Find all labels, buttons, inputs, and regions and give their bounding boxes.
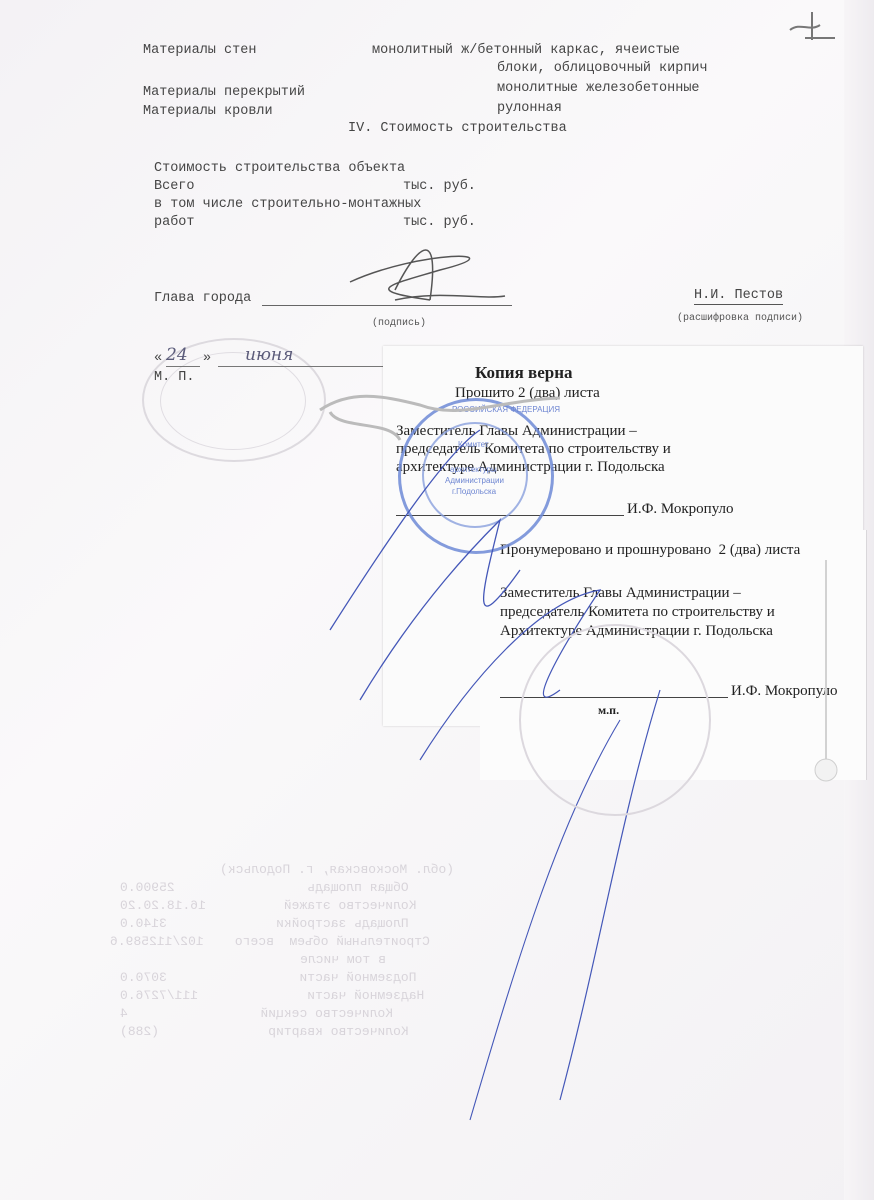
committee-stamp-inner bbox=[422, 422, 528, 528]
bleed-line: в том числе bbox=[300, 952, 386, 967]
signer-name: Н.И. Пестов bbox=[694, 287, 783, 305]
stamp-center-3: Администрации bbox=[445, 476, 504, 485]
cost-total-label: Всего bbox=[154, 178, 195, 195]
stamp-center-1: Комитет bbox=[458, 440, 489, 449]
date-month: июня bbox=[245, 345, 293, 365]
walls-value: монолитный ж/бетонный каркас, ячеистые bbox=[372, 42, 680, 59]
cost-line: Стоимость строительства объекта bbox=[154, 160, 405, 177]
walls-label: Материалы стен bbox=[143, 42, 256, 59]
floors-label: Материалы перекрытий bbox=[143, 84, 305, 101]
bleed-line: (обл. Московская, г. Подольск) bbox=[220, 862, 454, 877]
binding-position-2: председатель Комитета по строительству и bbox=[500, 603, 775, 621]
roof-value: рулонная bbox=[497, 100, 562, 117]
stamp-center-2: архитектуры bbox=[450, 465, 497, 474]
binding-signer: И.Ф. Мокропуло bbox=[731, 682, 838, 700]
bleed-line: Строительный объем всего 102/112589.6 bbox=[110, 934, 430, 949]
walls-value-cont: блоки, облицовочный кирпич bbox=[497, 60, 708, 77]
seal-place-label: М. П. bbox=[154, 369, 195, 386]
cost-works-unit: тыс. руб. bbox=[403, 214, 476, 231]
binding-label bbox=[480, 530, 867, 780]
roof-label: Материалы кровли bbox=[143, 103, 273, 120]
date-open-quote: « bbox=[154, 350, 162, 367]
signature-caption: (подпись) bbox=[372, 315, 426, 332]
binding-signature-line bbox=[500, 697, 728, 698]
bleed-line: Площадь застройки 3140.0 bbox=[120, 916, 409, 931]
stamp-center-4: г.Подольска bbox=[452, 487, 496, 496]
date-close-quote: » bbox=[203, 350, 211, 367]
binding-position-3: Архитектуре Администрации г. Подольска bbox=[500, 622, 773, 640]
bleed-line: Подземной части 3070.0 bbox=[120, 970, 416, 985]
binding-position-1: Заместитель Главы Администрации – bbox=[500, 584, 741, 602]
copy-title: Копия верна bbox=[475, 364, 573, 382]
signer-name-caption: (расшифровка подписи) bbox=[677, 310, 803, 327]
date-month-line bbox=[218, 366, 388, 367]
signature-line bbox=[262, 305, 512, 306]
bleed-line: Количество секций 4 bbox=[120, 1006, 393, 1021]
signer-position: Глава города bbox=[154, 290, 251, 307]
date-day: 24 bbox=[166, 345, 188, 365]
floors-value: монолитные железобетонные bbox=[497, 80, 700, 97]
cost-works-label: работ bbox=[154, 214, 195, 231]
stamp-ring-text: РОССИЙСКАЯ ФЕДЕРАЦИЯ bbox=[452, 405, 560, 414]
section-title: IV. Стоимость строительства bbox=[348, 120, 567, 137]
binding-numbered-note: Пронумеровано и прошнуровано 2 (два) лис… bbox=[500, 541, 800, 559]
date-day-line bbox=[166, 366, 200, 367]
cost-total-unit: тыс. руб. bbox=[403, 178, 476, 195]
bleed-line: Общая площадь 25900.0 bbox=[120, 880, 409, 895]
binding-seal-label: м.п. bbox=[598, 701, 619, 719]
copy-signer: И.Ф. Мокропуло bbox=[627, 500, 734, 518]
bleed-line: Надземной части 111/7276.0 bbox=[120, 988, 424, 1003]
bleed-line: Количество квартир (288) bbox=[120, 1024, 409, 1039]
bleed-line: Количество этажей 16.18.20.20 bbox=[120, 898, 416, 913]
cost-incl-label: в том числе строительно-монтажных bbox=[154, 196, 421, 213]
